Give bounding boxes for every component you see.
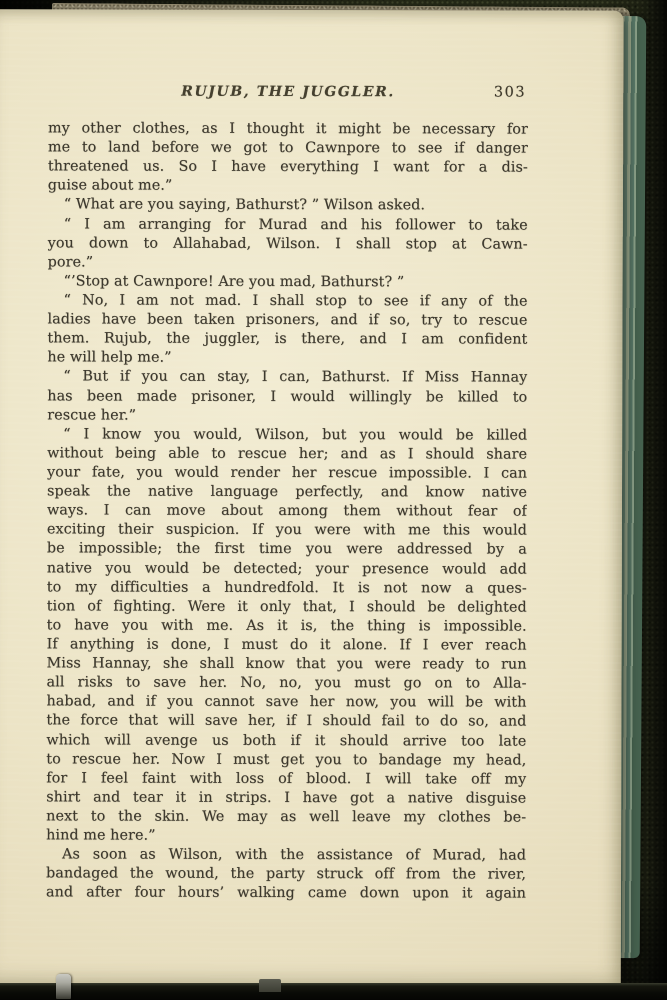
scanner-clip — [56, 974, 71, 999]
text-line: speak the native language perfectly, and… — [47, 482, 527, 502]
text-line: ways. I can move about among them withou… — [47, 502, 527, 522]
text-line: tion of fighting. Were it only that, I s… — [47, 597, 527, 617]
text-line: pore.” — [48, 253, 528, 273]
text-line: me to land before we got to Cawnpore to … — [48, 138, 528, 158]
text-line: and after four hours’ walking came down … — [46, 884, 526, 904]
text-line: If anything is done, I must do it alone.… — [47, 635, 527, 655]
text-line: your fate, you would render her rescue i… — [47, 463, 527, 483]
scanner-notch — [259, 979, 281, 992]
book-page: RUJUB, THE JUGGLER. 303 my other clothes… — [0, 9, 623, 987]
text-line: which will avenge us both if it should a… — [46, 731, 526, 751]
text-line: them. Rujub, the juggler, is there, and … — [47, 330, 527, 350]
text-line: “’Stop at Cawnpore! Are you mad, Bathurs… — [48, 272, 528, 292]
scanned-book-photo: RUJUB, THE JUGGLER. 303 my other clothes… — [0, 0, 667, 1000]
text-line: “ I am arranging for Murad and his follo… — [48, 215, 528, 235]
page-number: 303 — [494, 84, 526, 100]
text-line: “ What are you saying, Bathurst? ” Wilso… — [48, 196, 528, 216]
scanner-bar — [0, 983, 667, 1000]
text-line: to have you with me. As it is, the thing… — [47, 616, 527, 636]
text-line: As soon as Wilson, with the assistance o… — [46, 845, 526, 865]
text-line: shirt and tear it in strips. I have got … — [46, 788, 526, 808]
running-header-title: RUJUB, THE JUGGLER. — [48, 83, 528, 100]
text-line: you down to Allahabad, Wilson. I shall s… — [48, 234, 528, 254]
text-line: rescue her.” — [47, 406, 527, 426]
text-line: be impossible; the first time you were a… — [47, 540, 527, 560]
text-line: Miss Hannay, she shall know that you wer… — [47, 654, 527, 674]
text-line: has been made prisoner, I would willingl… — [47, 387, 527, 407]
running-header: RUJUB, THE JUGGLER. 303 — [48, 83, 528, 104]
text-line: habad, and if you cannot save her now, y… — [46, 693, 526, 713]
text-line: exciting their suspicion. If you were wi… — [47, 521, 527, 541]
text-line: next to the skin. We may as well leave m… — [46, 807, 526, 827]
text-line: “ I know you would, Wilson, but you woul… — [47, 425, 527, 445]
text-line: guise about me.” — [48, 177, 528, 197]
text-line: all risks to save her. No, no, you must … — [46, 673, 526, 693]
text-line: to my difficulties a hundredfold. It is … — [47, 578, 527, 598]
text-line: he will help me.” — [47, 349, 527, 369]
text-line: native you would be detected; your prese… — [47, 559, 527, 579]
text-line: “ But if you can stay, I can, Bathurst. … — [47, 368, 527, 388]
text-line: hind me here.” — [46, 826, 526, 846]
text-block: my other clothes, as I thought it might … — [46, 119, 528, 904]
text-line: for I feel faint with loss of blood. I w… — [46, 769, 526, 789]
text-line: the force that will save her, if I shoul… — [46, 712, 526, 732]
text-line: threatened us. So I have everything I wa… — [48, 158, 528, 178]
text-line: “ No, I am not mad. I shall stop to see … — [47, 291, 527, 311]
text-line: ladies have been taken prisoners, and if… — [47, 310, 527, 330]
text-line: to rescue her. Now I must get you to ban… — [46, 750, 526, 770]
text-line: my other clothes, as I thought it might … — [48, 119, 528, 139]
text-line: bandaged the wound, the party struck off… — [46, 865, 526, 885]
text-line: without being able to rescue her; and as… — [47, 444, 527, 464]
